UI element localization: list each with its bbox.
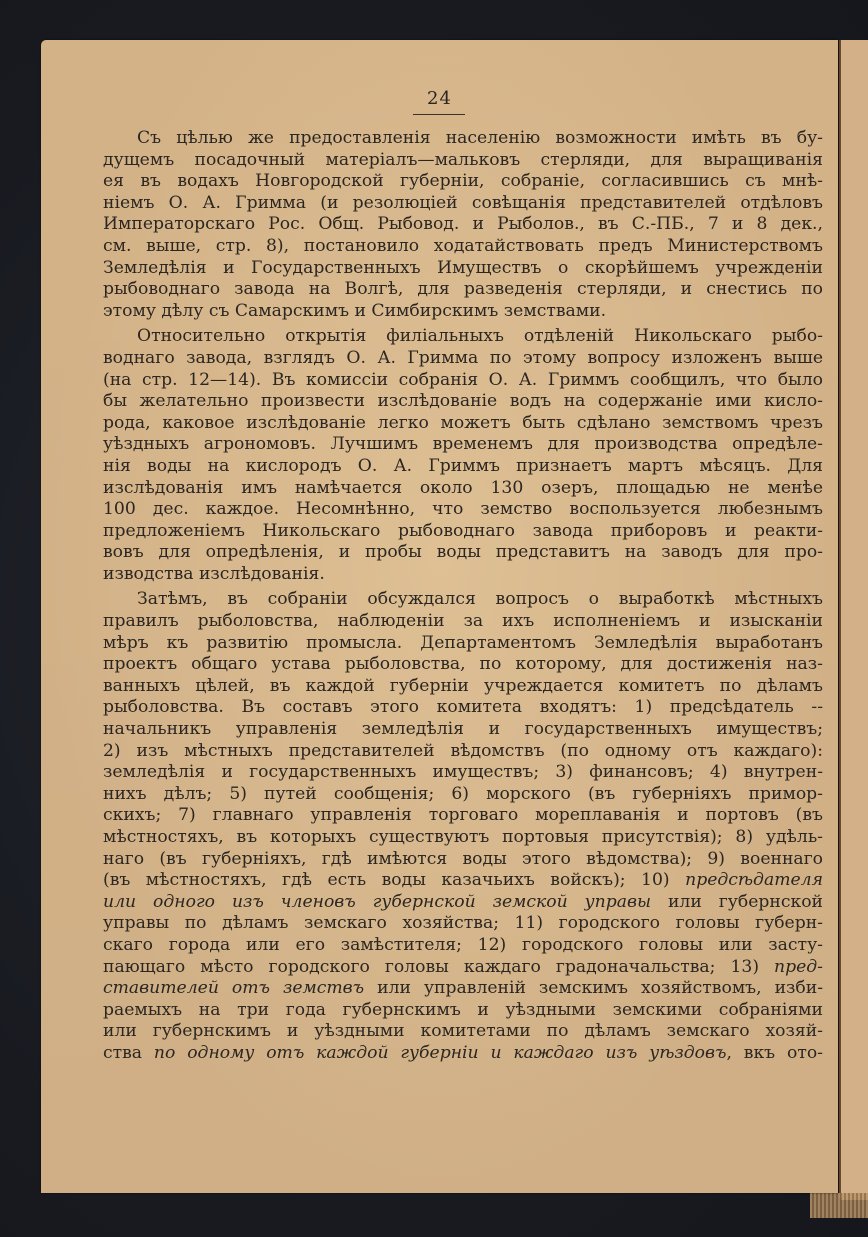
text-line: Императорскаго Рос. Общ. Рыбовод. и Рыбо… [103,214,823,236]
next-page-edge [841,40,868,1200]
text-line: ства по одному отъ каждой губерніи и каж… [103,1043,823,1065]
text-line: нихъ дѣлъ; 5) путей сообщенія; 6) морско… [103,784,823,806]
text-line: ванныхъ цѣлей, въ каждой губерніи учрежд… [103,676,823,698]
page-number: 24 [41,88,838,109]
text-line: (въ мѣстностяхъ, гдѣ есть воды казачьихъ… [103,870,823,892]
paragraph-2: Относительно открытія филіальныхъ отдѣле… [103,326,823,589]
text-line: Затѣмъ, въ собраніи обсуждался вопросъ о… [103,589,823,611]
text-line: ставителей отъ земствъ или управленій зе… [103,978,823,1000]
text-line: или губернскимъ и уѣздными комитетами по… [103,1021,823,1043]
text-segment: (въ мѣстностяхъ, гдѣ есть воды казачьихъ… [103,870,685,890]
text-line: Земледѣлія и Государственныхъ Имуществъ … [103,258,823,280]
text-line: Относительно открытія филіальныхъ отдѣле… [103,326,823,348]
text-line: или одного изъ членовъ губернской земско… [103,892,823,914]
text-line: см. выше, стр. 8), постановило ходатайст… [103,236,823,258]
paragraph-3: Затѣмъ, въ собраніи обсуждался вопросъ о… [103,589,823,1064]
text-line: изслѣдованія имъ намѣчается около 130 оз… [103,478,823,500]
text-line: начальникъ управленія земледѣлія и госуд… [103,719,823,741]
text-line: дущемъ посадочный матеріалъ—мальковъ сте… [103,150,823,172]
text-segment: , вкъ ото- [726,1043,823,1063]
text-line: воднаго завода, взглядъ О. А. Гримма по … [103,348,823,370]
text-segment: или управленій земскимъ хозяйствомъ, изб… [364,978,823,998]
text-line: ея въ водахъ Новгородской губерніи, собр… [103,171,823,193]
text-line: бы желательно произвести изслѣдованіе во… [103,391,823,413]
italic-text: или одного изъ членовъ губернской земско… [103,892,651,912]
text-segment: или губернской [651,892,823,912]
text-line: рыболовства. Въ составъ этого комитета в… [103,697,823,719]
text-line: наго (въ губерніяхъ, гдѣ имѣются воды эт… [103,849,823,871]
text-line: Съ цѣлью же предоставленія населенію воз… [103,128,823,150]
text-line: вовъ для опредѣленія, и пробы воды предс… [103,542,823,564]
text-segment: пающаго мѣсто городского головы каждаго … [103,957,774,977]
text-line: раемыхъ на три года губернскимъ и уѣздны… [103,1000,823,1022]
text-line: рода, каковое изслѣдованіе легко можетъ … [103,413,823,435]
text-segment: ства [103,1043,154,1063]
text-line: 100 дес. каждое. Несомнѣнно, что земство… [103,499,823,521]
text-line: ніемъ О. А. Гримма (и резолюціей совѣщан… [103,193,823,215]
text-line: правилъ рыболовства, наблюденіи за ихъ и… [103,611,823,633]
italic-text: предсѣдателя [685,870,823,890]
book-gutter [839,40,841,1198]
page-edge-fringe [810,1193,868,1218]
text-line: этому дѣлу съ Самарскимъ и Симбирскимъ з… [103,301,823,323]
italic-text: ставителей отъ земствъ [103,978,364,998]
text-line: нія воды на кислородъ О. А. Гриммъ призн… [103,456,823,478]
text-line: пающаго мѣсто городского головы каждаго … [103,957,823,979]
text-line: скаго города или его замѣстителя; 12) го… [103,935,823,957]
paragraph-1: Съ цѣлью же предоставленія населенію воз… [103,128,823,326]
body-text: Съ цѣлью же предоставленія населенію воз… [103,128,823,1065]
text-line: уѣздныхъ агрономовъ. Лучшимъ временемъ д… [103,434,823,456]
text-line: предложеніемъ Никольскаго рыбоводнаго за… [103,521,823,543]
text-line: 2) изъ мѣстныхъ представителей вѣдомствъ… [103,741,823,763]
text-line: земледѣлія и государственныхъ имуществъ;… [103,762,823,784]
italic-text: пред- [774,957,823,977]
text-line: проектъ общаго устава рыболовства, по ко… [103,654,823,676]
book-page: 24 Съ цѣлью же предоставленія населенію … [41,40,838,1193]
text-line: мѣръ къ развитію промысла. Департаментом… [103,633,823,655]
italic-text: по одному отъ каждой губерніи и каждаго … [154,1043,727,1063]
text-line: рыбоводнаго завода на Волгѣ, для разведе… [103,279,823,301]
text-line: скихъ; 7) главнаго управленія торговаго … [103,805,823,827]
text-line: (на стр. 12—14). Въ комиссіи собранія О.… [103,370,823,392]
text-line: управы по дѣламъ земскаго хозяйства; 11)… [103,913,823,935]
text-line: мѣстностяхъ, въ которыхъ существуютъ пор… [103,827,823,849]
page-number-rule [413,114,465,115]
text-line: изводства изслѣдованія. [103,564,823,586]
